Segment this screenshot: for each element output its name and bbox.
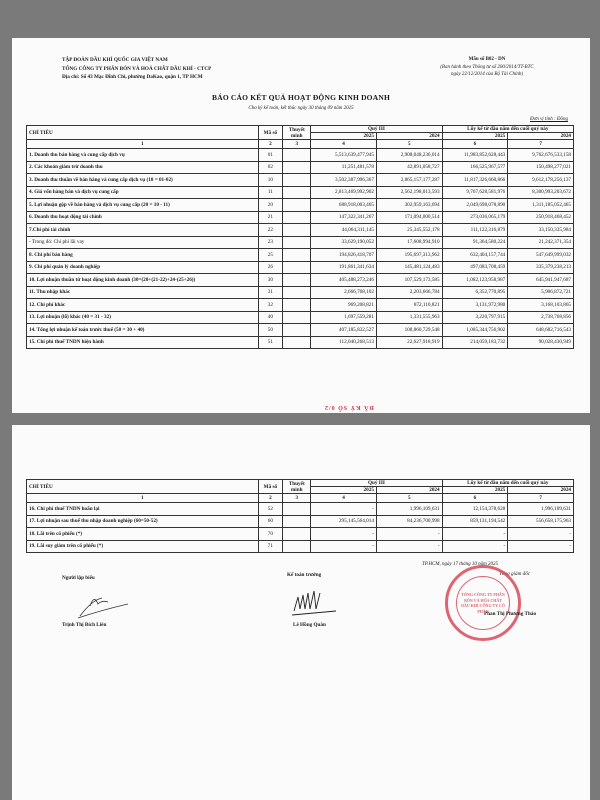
row-ytd-2024: 150,498,277,021	[508, 161, 574, 174]
form-code: Mẫu số B02 - DN	[397, 56, 577, 64]
row-note	[283, 149, 311, 162]
row-quarter-2025: 191,861,341,634	[311, 261, 377, 274]
row-ytd-2025: 91,364,580,224	[442, 236, 508, 249]
col-q-2025: 2025	[311, 133, 377, 140]
col-ytd-2025: 2025	[442, 133, 508, 140]
table-body-1: 1. Doanh thu bán hàng và cung cấp dịch v…	[27, 149, 574, 349]
row-ytd-2025: 497,083,708,459	[442, 261, 508, 274]
table-body-2: 16. Chi phí thuế TNDN hoãn lại52-1,996,1…	[27, 503, 574, 553]
row-ytd-2024: 9,612,178,256,137	[508, 174, 574, 187]
row-indicator: 19. Lãi suy giảm trên cổ phiếu (*)	[27, 540, 259, 553]
col-ytd: Lũy kế từ đầu năm đến cuối quý này	[442, 480, 573, 487]
org-line-1: TẬP ĐOÀN DẦU KHÍ QUỐC GIA VIỆT NAM	[62, 56, 211, 65]
row-ytd-2025: 9,767,628,581,976	[442, 186, 508, 199]
form-code-block: Mẫu số B02 - DN (Ban hành theo Thông tư …	[397, 56, 577, 79]
row-quarter-2024: 17,608,994,910	[376, 236, 442, 249]
row-quarter-2025: 407,185,832,527	[311, 324, 377, 337]
row-ytd-2024: 335,379,238,213	[508, 261, 574, 274]
column-index-row: 1 2 3 4 5 6 7	[27, 494, 574, 503]
row-note	[283, 236, 311, 249]
preparer-signature-icon	[72, 590, 132, 620]
col-ytd-2024: 2024	[508, 133, 574, 140]
row-quarter-2024: 22,627,918,919	[376, 336, 442, 349]
idx-2: 2	[258, 494, 283, 503]
idx-5: 5	[376, 494, 442, 503]
accountant-name: Lê Hồng Quân	[293, 622, 326, 628]
row-ytd-2024: 556,658,175,963	[508, 515, 574, 528]
row-code: 25	[258, 249, 283, 262]
row-ytd-2024: -	[508, 540, 574, 553]
row-quarter-2025: 147,322,341,267	[311, 211, 377, 224]
row-indicator: 2. Các khoản giảm trừ doanh thu	[27, 161, 259, 174]
row-ytd-2025: 111,122,316,879	[442, 224, 508, 237]
idx-1: 1	[27, 494, 259, 503]
row-quarter-2024: 107,529,173,585	[376, 274, 442, 287]
income-statement-table-1: CHỈ TIÊU Mã số Thuyết minh Quý III Lũy k…	[26, 125, 574, 349]
row-indicator: 14. Tổng lợi nhuận kế toán trước thuế (5…	[27, 324, 259, 337]
table-row: 10. Lợi nhuận thuần từ hoạt động kinh do…	[27, 274, 574, 287]
row-ytd-2025: 632,404,157,744	[442, 249, 508, 262]
row-ytd-2024: -	[508, 528, 574, 541]
row-ytd-2024: 1,996,109,631	[508, 503, 574, 516]
row-code: 02	[258, 161, 283, 174]
table-row: - Trong đó: Chi phí lãi vay2333,629,190,…	[27, 236, 574, 249]
row-note	[283, 336, 311, 349]
row-ytd-2025: 1,085,344,756,902	[442, 324, 508, 337]
row-indicator: 18. Lãi trên cổ phiếu (*)	[27, 528, 259, 541]
income-statement-table-2: CHỈ TIÊU Mã số Thuyết minh Quý III Lũy k…	[26, 479, 574, 553]
row-code: 52	[258, 503, 283, 516]
row-ytd-2025: 214,059,183,732	[442, 336, 508, 349]
row-note	[283, 249, 311, 262]
row-code: 31	[258, 286, 283, 299]
row-quarter-2025: -	[311, 528, 377, 541]
idx-6: 6	[442, 494, 508, 503]
report-title: BÁO CÁO KẾT QUẢ HOẠT ĐỘNG KINH DOANH	[12, 93, 590, 102]
table-row: 14. Tổng lợi nhuận kế toán trước thuế (5…	[27, 324, 574, 337]
page-mark-stamp: ĐÃ KÝ SỐ 0/2	[324, 404, 374, 410]
row-indicator: 9. Chi phí quản lý doanh nghiệp	[27, 261, 259, 274]
row-quarter-2024: 2,908,048,236,014	[376, 149, 442, 162]
row-code: 71	[258, 540, 283, 553]
row-quarter-2025: 112,040,268,513	[311, 336, 377, 349]
row-quarter-2025: 2,813,469,992,902	[311, 186, 377, 199]
row-quarter-2025: -	[311, 503, 377, 516]
row-ytd-2025: 273,036,065,179	[442, 211, 508, 224]
row-indicator: 3. Doanh thu thuần về bán hàng và cung c…	[27, 174, 259, 187]
row-note	[283, 540, 311, 553]
row-ytd-2025: 6,352,770,895	[442, 286, 508, 299]
row-code: 30	[258, 274, 283, 287]
row-ytd-2025: 3,131,972,980	[442, 299, 508, 312]
table-row: 17. Lợi nhuận sau thuế thu nhập doanh ng…	[27, 515, 574, 528]
col-q-2024: 2024	[376, 133, 442, 140]
row-quarter-2025: 688,918,003,465	[311, 199, 377, 212]
row-indicator: 10. Lợi nhuận thuần từ hoạt động kinh do…	[27, 274, 259, 287]
table-row: 5. Lợi nhuận gộp về bán hàng và dịch vụ …	[27, 199, 574, 212]
row-indicator: 8. Chi phí bán hàng	[27, 249, 259, 262]
row-indicator: 11. Thu nhập khác	[27, 286, 259, 299]
row-code: 11	[258, 186, 283, 199]
row-note	[283, 274, 311, 287]
col-quarter: Quý III	[311, 126, 442, 133]
row-ytd-2024: 645,941,947,687	[508, 274, 574, 287]
table-row: 12. Chi phí khác32969,208,821872,110,821…	[27, 299, 574, 312]
row-quarter-2024: 2,865,157,177,287	[376, 174, 442, 187]
company-seal-stamp: TỔNG CÔNG TY PHÂN BÓN VÀ HÓA CHẤT DẦU KH…	[445, 565, 521, 641]
column-index-row: 1 2 3 4 5 6 7	[27, 140, 574, 149]
row-indicator: 5. Lợi nhuận gộp về bán hàng và dịch vụ …	[27, 199, 259, 212]
row-quarter-2024: 2,562,198,013,593	[376, 186, 442, 199]
row-quarter-2025: 295,145,564,014	[311, 515, 377, 528]
row-indicator: 1. Doanh thu bán hàng và cung cấp dịch v…	[27, 149, 259, 162]
preparer-name: Trịnh Thị Bích Liên	[62, 622, 106, 628]
idx-6: 6	[442, 140, 508, 149]
row-code: 23	[258, 236, 283, 249]
document-page-2: CHỈ TIÊU Mã số Thuyết minh Quý III Lũy k…	[12, 425, 590, 800]
idx-1: 1	[27, 140, 259, 149]
col-ytd: Lũy kế từ đầu năm đến cuối quý này	[442, 126, 573, 133]
col-ytd-2025: 2025	[442, 487, 508, 494]
row-code: 22	[258, 224, 283, 237]
row-code: 50	[258, 324, 283, 337]
row-note	[283, 174, 311, 187]
row-note	[283, 299, 311, 312]
row-quarter-2025: 1,697,559,281	[311, 311, 377, 324]
row-ytd-2024: 547,649,999,032	[508, 249, 574, 262]
col-code: Mã số	[258, 480, 283, 494]
col-q-2024: 2024	[376, 487, 442, 494]
row-ytd-2024: 2,738,768,856	[508, 311, 574, 324]
table-row: 1. Doanh thu bán hàng và cung cấp dịch v…	[27, 149, 574, 162]
table-row: 7.Chi phí tài chính2244,064,311,14525,34…	[27, 224, 574, 237]
table-row: 13. Lợi nhuận (lỗ) khác (40 = 31 - 32)40…	[27, 311, 574, 324]
row-ytd-2024: 3,168,103,865	[508, 299, 574, 312]
row-indicator: 7.Chi phí tài chính	[27, 224, 259, 237]
row-ytd-2024: 8,300,993,203,672	[508, 186, 574, 199]
row-note	[283, 186, 311, 199]
table-row: 19. Lãi suy giảm trên cổ phiếu (*)71----	[27, 540, 574, 553]
row-note	[283, 515, 311, 528]
row-quarter-2024: 1,331,555,963	[376, 311, 442, 324]
table-row: 11. Thu nhập khác312,666,768,1022,203,66…	[27, 286, 574, 299]
idx-3: 3	[283, 140, 311, 149]
row-quarter-2025: 44,064,311,145	[311, 224, 377, 237]
table-row: 3. Doanh thu thuần về bán hàng và cung c…	[27, 174, 574, 187]
row-quarter-2025: 2,666,768,102	[311, 286, 377, 299]
document-page-1: TẬP ĐOÀN DẦU KHÍ QUỐC GIA VIỆT NAM TỔNG …	[12, 38, 590, 413]
row-indicator: - Trong đó: Chi phí lãi vay	[27, 236, 259, 249]
row-quarter-2024: -	[376, 528, 442, 541]
idx-7: 7	[508, 494, 574, 503]
col-code: Mã số	[258, 126, 283, 140]
row-code: 70	[258, 528, 283, 541]
row-quarter-2024: 195,697,313,962	[376, 249, 442, 262]
row-quarter-2024: 108,860,729,548	[376, 324, 442, 337]
row-code: 26	[258, 261, 283, 274]
row-code: 01	[258, 149, 283, 162]
row-indicator: 13. Lợi nhuận (lỗ) khác (40 = 31 - 32)	[27, 311, 259, 324]
row-code: 10	[258, 174, 283, 187]
row-quarter-2024: 145,481,124,483	[376, 261, 442, 274]
col-q-2025: 2025	[311, 487, 377, 494]
row-indicator: 12. Chi phí khác	[27, 299, 259, 312]
currency-unit: Đơn vị tính : Đồng	[530, 117, 568, 122]
director-name: Phan Thị Phương Thảo	[484, 611, 536, 617]
idx-7: 7	[508, 140, 574, 149]
row-note	[283, 528, 311, 541]
row-note	[283, 211, 311, 224]
row-ytd-2025: 11,817,326,660,866	[442, 174, 508, 187]
table-row: 16. Chi phí thuế TNDN hoãn lại52-1,996,1…	[27, 503, 574, 516]
table-row: 18. Lãi trên cổ phiếu (*)70----	[27, 528, 574, 541]
row-code: 21	[258, 211, 283, 224]
table-row: 4. Giá vốn hàng bán và dịch vụ cung cấp1…	[27, 186, 574, 199]
row-ytd-2024: 648,682,716,543	[508, 324, 574, 337]
row-quarter-2025: 194,826,418,707	[311, 249, 377, 262]
row-ytd-2025: 12,154,378,628	[442, 503, 508, 516]
table-row: 8. Chi phí bán hàng25194,826,418,707195,…	[27, 249, 574, 262]
col-indicator: CHỈ TIÊU	[27, 480, 259, 494]
row-quarter-2024: 84,236,700,998	[376, 515, 442, 528]
accountant-signature-icon	[290, 587, 340, 619]
idx-4: 4	[311, 494, 377, 503]
row-ytd-2024: 1,311,185,052,465	[508, 199, 574, 212]
row-ytd-2025: 859,131,194,542	[442, 515, 508, 528]
table-row: 9. Chi phí quản lý doanh nghiệp26191,861…	[27, 261, 574, 274]
col-note: Thuyết minh	[283, 480, 311, 494]
row-quarter-2025: 405,488,273,246	[311, 274, 377, 287]
col-quarter: Quý III	[311, 480, 442, 487]
row-quarter-2024: 171,094,000,514	[376, 211, 442, 224]
row-quarter-2024: 25,345,552,178	[376, 224, 442, 237]
row-ytd-2024: 250,918,468,452	[508, 211, 574, 224]
idx-5: 5	[376, 140, 442, 149]
row-ytd-2024: 5,906,872,721	[508, 286, 574, 299]
form-note-1: (Ban hành theo Thông tư số 200/2014/TT-B…	[397, 64, 577, 72]
row-quarter-2024: 872,110,821	[376, 299, 442, 312]
row-note	[283, 503, 311, 516]
table-row: 2. Các khoản giảm trừ doanh thu0211,251,…	[27, 161, 574, 174]
row-quarter-2024: 302,959,163,694	[376, 199, 442, 212]
report-period: Cho kỳ kế toán, kết thúc ngày 30 tháng 0…	[12, 106, 590, 111]
row-ytd-2025: 166,525,967,577	[442, 161, 508, 174]
idx-3: 3	[283, 494, 311, 503]
row-code: 40	[258, 311, 283, 324]
row-indicator: 17. Lợi nhuận sau thuế thu nhập doanh ng…	[27, 515, 259, 528]
row-note	[283, 311, 311, 324]
row-note	[283, 161, 311, 174]
row-code: 51	[258, 336, 283, 349]
org-address: Địa chỉ: Số 43 Mạc Đĩnh Chi, phường DaKa…	[62, 73, 211, 82]
row-indicator: 16. Chi phí thuế TNDN hoãn lại	[27, 503, 259, 516]
accountant-title: Kế toán trưởng	[287, 572, 321, 578]
row-code: 20	[258, 199, 283, 212]
table-row: 15. Chi phí thuế TNDN hiện hành51112,040…	[27, 336, 574, 349]
row-indicator: 4. Giá vốn hàng bán và dịch vụ cung cấp	[27, 186, 259, 199]
organization-header: TẬP ĐOÀN DẦU KHÍ QUỐC GIA VIỆT NAM TỔNG …	[62, 56, 211, 82]
row-code: 60	[258, 515, 283, 528]
org-line-2: TỔNG CÔNG TY PHÂN BÓN VÀ HOÁ CHẤT DẦU KH…	[62, 65, 211, 74]
row-ytd-2024: 90,028,430,949	[508, 336, 574, 349]
row-indicator: 15. Chi phí thuế TNDN hiện hành	[27, 336, 259, 349]
row-note	[283, 324, 311, 337]
row-ytd-2024: 9,762,676,533,158	[508, 149, 574, 162]
row-note	[283, 224, 311, 237]
idx-2: 2	[258, 140, 283, 149]
row-ytd-2024: 21,242,371,354	[508, 236, 574, 249]
row-indicator: 6. Doanh thu hoạt động tài chính	[27, 211, 259, 224]
row-quarter-2025: 969,208,821	[311, 299, 377, 312]
row-quarter-2024: 1,996,109,631	[376, 503, 442, 516]
row-code: 32	[258, 299, 283, 312]
row-note	[283, 286, 311, 299]
preparer-title: Người lập biểu	[62, 575, 95, 581]
row-ytd-2025: -	[442, 528, 508, 541]
row-quarter-2025: 33,629,190,052	[311, 236, 377, 249]
form-note-2: ngày 22/12/2014 của Bộ Tài Chính)	[397, 71, 577, 79]
row-ytd-2024: 33,150,335,984	[508, 224, 574, 237]
row-ytd-2025: 2,049,698,078,890	[442, 199, 508, 212]
row-quarter-2025: 5,513,639,477,945	[311, 149, 377, 162]
row-quarter-2025: 11,251,481,578	[311, 161, 377, 174]
row-ytd-2025: 11,983,852,628,443	[442, 149, 508, 162]
idx-4: 4	[311, 140, 377, 149]
row-quarter-2024: 2,203,666,784	[376, 286, 442, 299]
row-quarter-2024: -	[376, 540, 442, 553]
table-row: 6. Doanh thu hoạt động tài chính21147,32…	[27, 211, 574, 224]
col-indicator: CHỈ TIÊU	[27, 126, 259, 140]
row-ytd-2025: 3,220,797,915	[442, 311, 508, 324]
row-quarter-2024: 42,891,058,727	[376, 161, 442, 174]
row-note	[283, 261, 311, 274]
row-note	[283, 199, 311, 212]
col-ytd-2024: 2024	[508, 487, 574, 494]
row-quarter-2025: 3,502,387,996,367	[311, 174, 377, 187]
row-quarter-2025: -	[311, 540, 377, 553]
col-note: Thuyết minh	[283, 126, 311, 140]
row-ytd-2025: -	[442, 540, 508, 553]
row-ytd-2025: 1,082,123,958,987	[442, 274, 508, 287]
